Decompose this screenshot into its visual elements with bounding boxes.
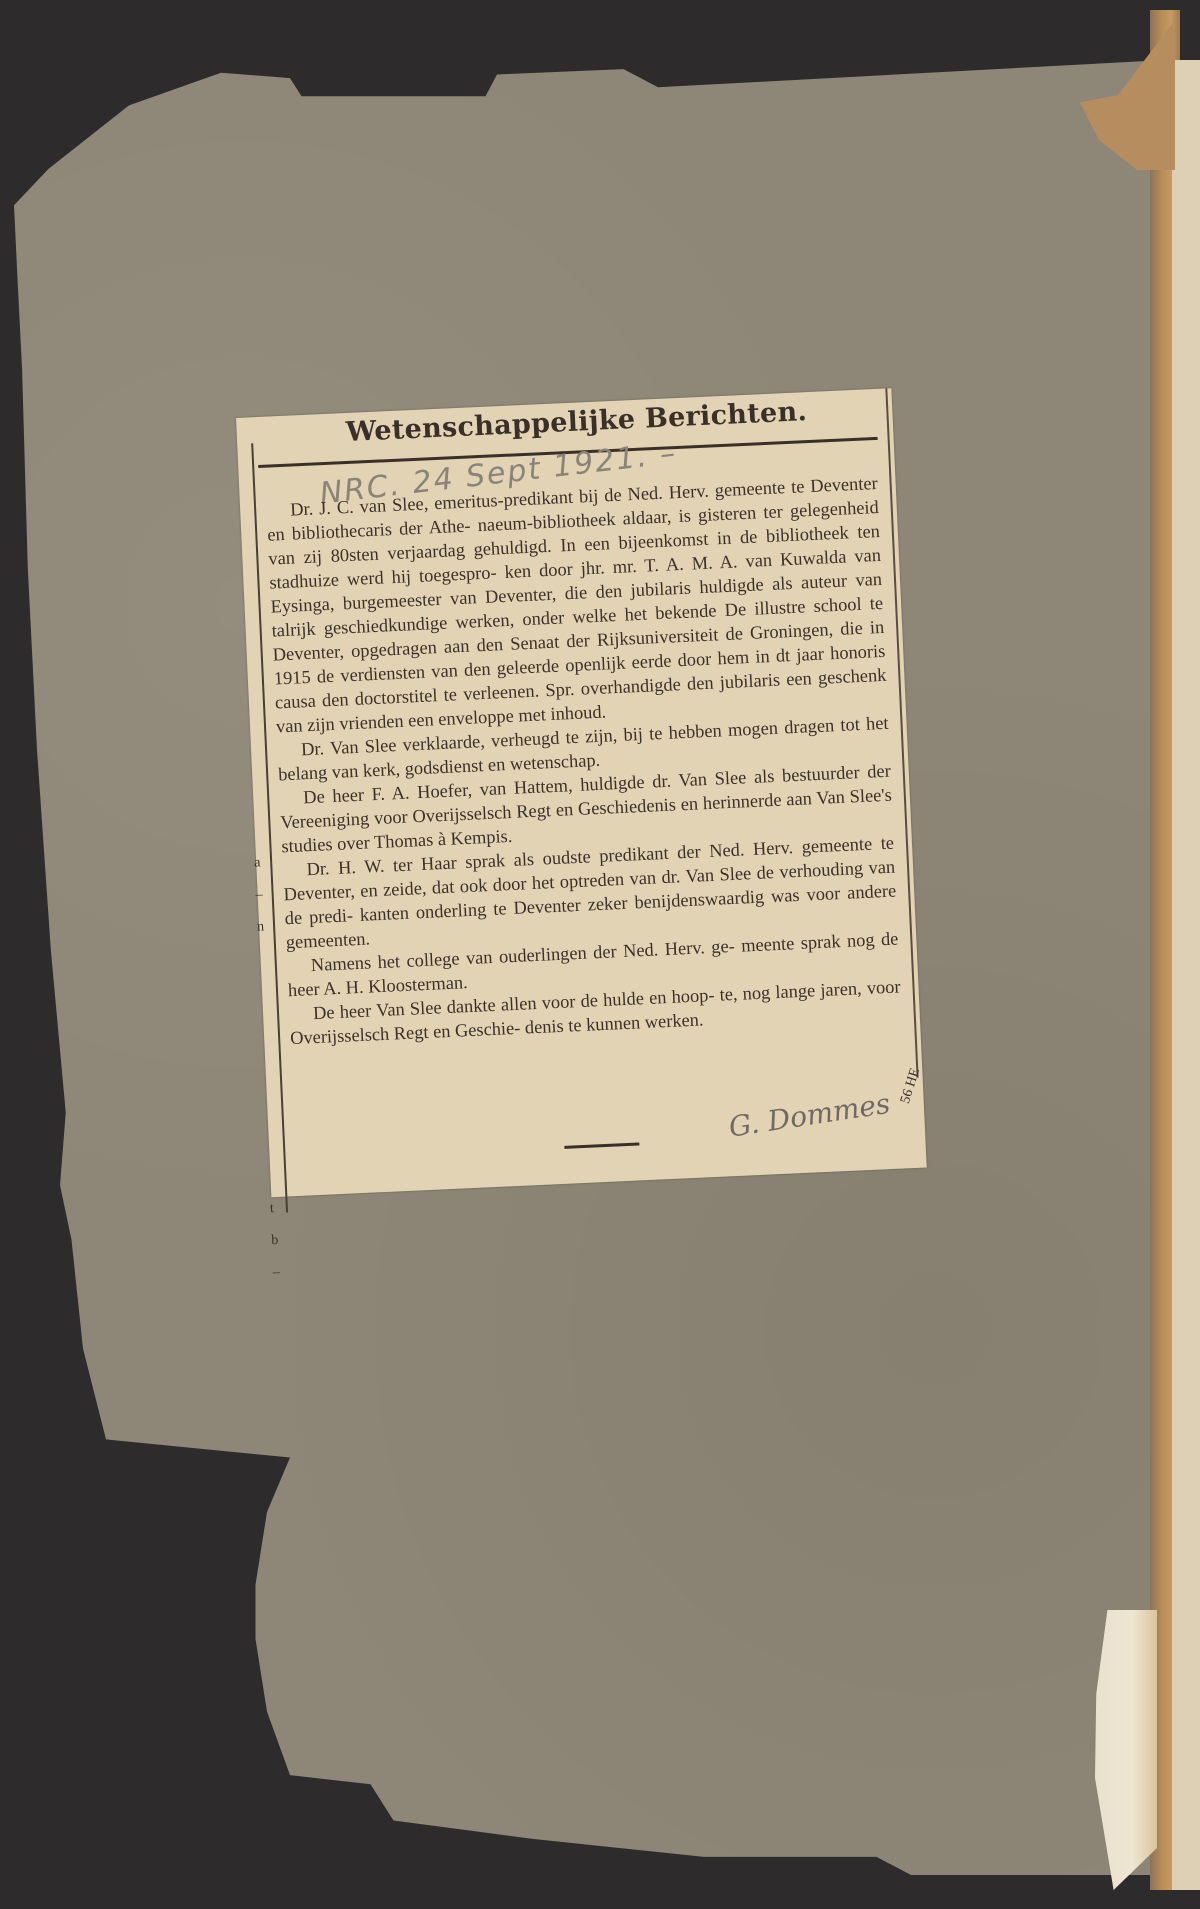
newspaper-clipping: a – n t b – Wetenschappelijke Berichten.… [236, 388, 927, 1197]
end-rule [564, 1142, 639, 1148]
article-body: Dr. J. C. van Slee, emeritus-predikant b… [266, 471, 902, 1050]
margin-mark: 56 HE [898, 1066, 924, 1105]
next-page-edge [1172, 60, 1200, 1890]
pencil-signature: G. Dommes [727, 1087, 893, 1144]
paragraph: Dr. J. C. van Slee, emeritus-predikant b… [266, 471, 888, 739]
